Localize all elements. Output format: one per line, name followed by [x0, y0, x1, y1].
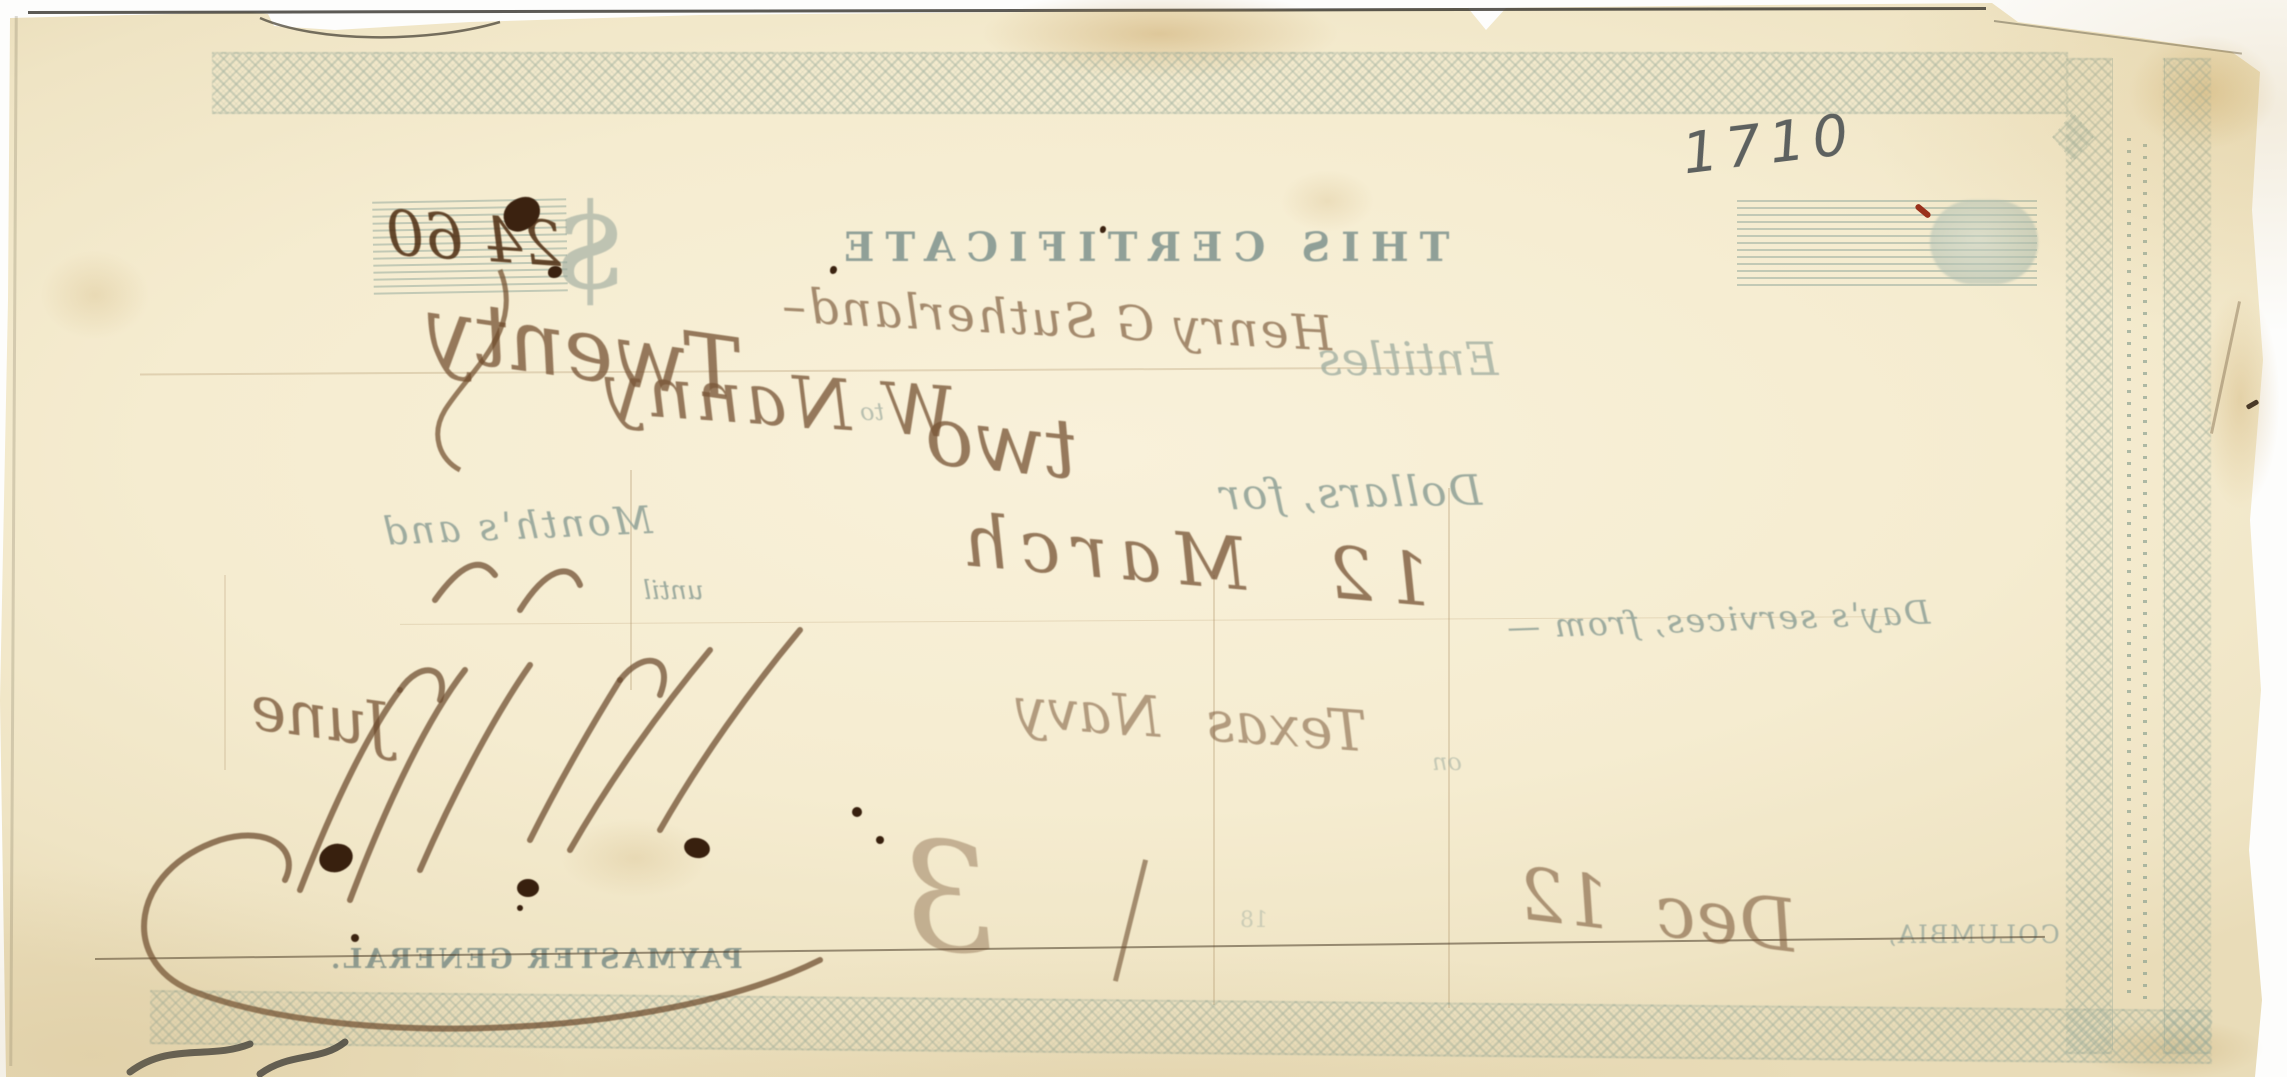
- top-border-band: [212, 52, 2068, 114]
- top-tear-flap: [255, 12, 555, 54]
- form-dollars-for-label: Dollars, for: [1218, 466, 1483, 520]
- form-on-label: on: [1432, 748, 1462, 776]
- signature-flourish: [100, 540, 900, 1060]
- right-border-strip-inner: [2066, 58, 2112, 1054]
- form-place-label: COLUMBIA,: [1886, 920, 2060, 949]
- micro-dot-column-2: [2143, 144, 2147, 1004]
- right-border-strip-outer: [2163, 58, 2211, 1054]
- scanned-certificate-canvas: 1710 THIS CERTIFICATE $ Entitles to Doll…: [0, 0, 2287, 1077]
- form-entitles-label: Entitles: [1318, 332, 1498, 386]
- months-value-handwriting: two: [920, 388, 1082, 498]
- big-numeral-handwriting: 3: [893, 808, 1003, 990]
- right-border-center-column: [2112, 58, 2165, 1050]
- amount-ink-tail: [400, 260, 560, 480]
- micro-dot-column-1: [2127, 138, 2131, 998]
- bottom-scribble: [120, 1030, 360, 1077]
- serial-stamp: [1930, 200, 2038, 284]
- form-year-prefix: 18: [1240, 908, 1268, 933]
- form-dollar-sign: $: [552, 178, 627, 316]
- form-title: THIS CERTIFICATE: [833, 224, 1449, 271]
